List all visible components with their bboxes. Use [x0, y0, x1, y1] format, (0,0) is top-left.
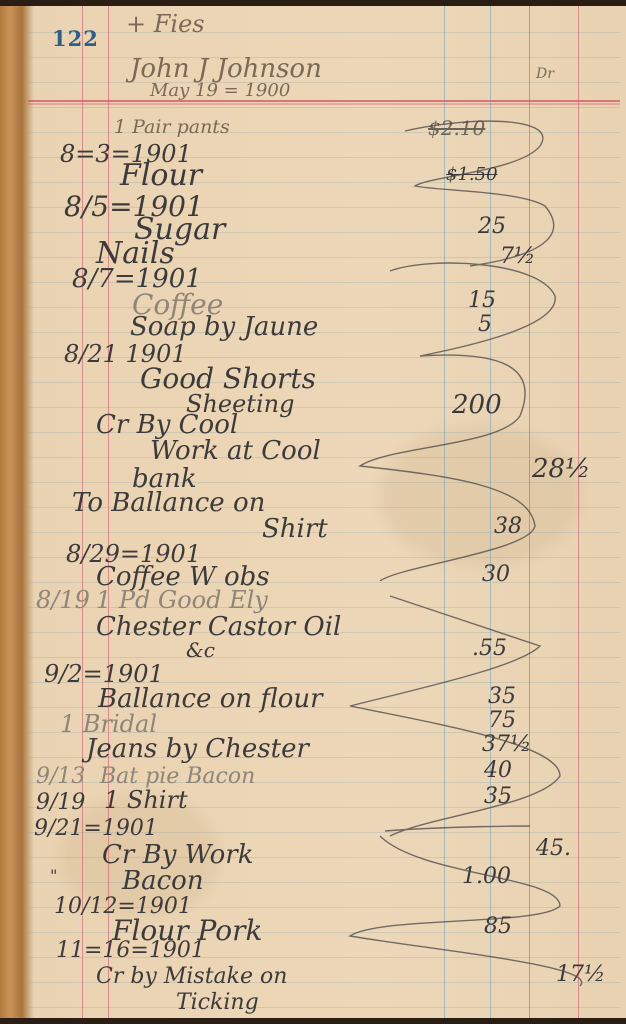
entry-amount: 30	[482, 562, 510, 587]
entry-text: Soap by Jaune	[130, 312, 318, 342]
ledger-page: 122 + Fies John J Johnson May 19 = 1900 …	[0, 6, 626, 1018]
dr-label: Dr	[536, 66, 554, 82]
entry-amount: 1.00	[462, 864, 511, 889]
entry-amount: 40	[484, 758, 512, 783]
entry-amount: 7½	[500, 244, 535, 269]
entry-amount: $1.50	[446, 164, 498, 185]
entry-date: 8/19	[36, 586, 90, 614]
entry-text: Cr by Mistake on	[96, 964, 287, 989]
entry-text: &c	[186, 638, 215, 662]
entry-text: Ticking	[176, 990, 259, 1015]
entry-amount: 35	[484, 784, 512, 809]
entry-credit: 17½	[556, 962, 605, 987]
entry-amount: $2.10	[428, 116, 485, 140]
entry-date: "	[50, 866, 57, 885]
entry-date: 9/21=1901	[34, 816, 158, 841]
entry-amount: 15	[468, 288, 496, 313]
column-rule	[578, 6, 579, 1018]
column-rule	[444, 6, 445, 1018]
entry-amount: 38	[494, 514, 522, 539]
entry-text: Bacon	[122, 866, 204, 896]
entry-credit: 45.	[536, 836, 571, 861]
entry-text: 1 Pair pants	[114, 116, 230, 138]
entry-text: Shirt	[262, 514, 328, 544]
entry-date: 9/19	[36, 790, 85, 815]
header-line-1: + Fies	[126, 10, 205, 38]
entry-credit: 28½	[532, 454, 590, 484]
column-rule	[529, 6, 530, 1018]
entry-amount: 85	[484, 914, 512, 939]
entry-text: To Ballance on	[72, 488, 265, 518]
entry-amount: .55	[472, 636, 507, 661]
header-rule	[28, 100, 620, 102]
entry-text: Jeans by Chester	[86, 734, 309, 764]
entry-text: Work at Cool	[150, 436, 321, 466]
entry-amount: 200	[452, 390, 502, 420]
entry-amount: 37½	[482, 732, 531, 757]
entry-text: Chester Castor Oil	[96, 612, 341, 642]
entry-amount: 35	[488, 684, 516, 709]
entry-text: Flour	[120, 158, 202, 193]
entry-date: 9/13	[36, 764, 85, 789]
entry-amount: 75	[488, 708, 516, 733]
account-date: May 19 = 1900	[150, 80, 290, 101]
entry-text: 1 Shirt	[104, 786, 188, 814]
entry-amount: 5	[478, 312, 492, 337]
entry-text: 1 Pd Good Ely	[96, 586, 268, 614]
page-number: 122	[52, 26, 99, 51]
entry-amount: 25	[478, 214, 506, 239]
entry-date: 11=16=1901	[56, 938, 205, 963]
